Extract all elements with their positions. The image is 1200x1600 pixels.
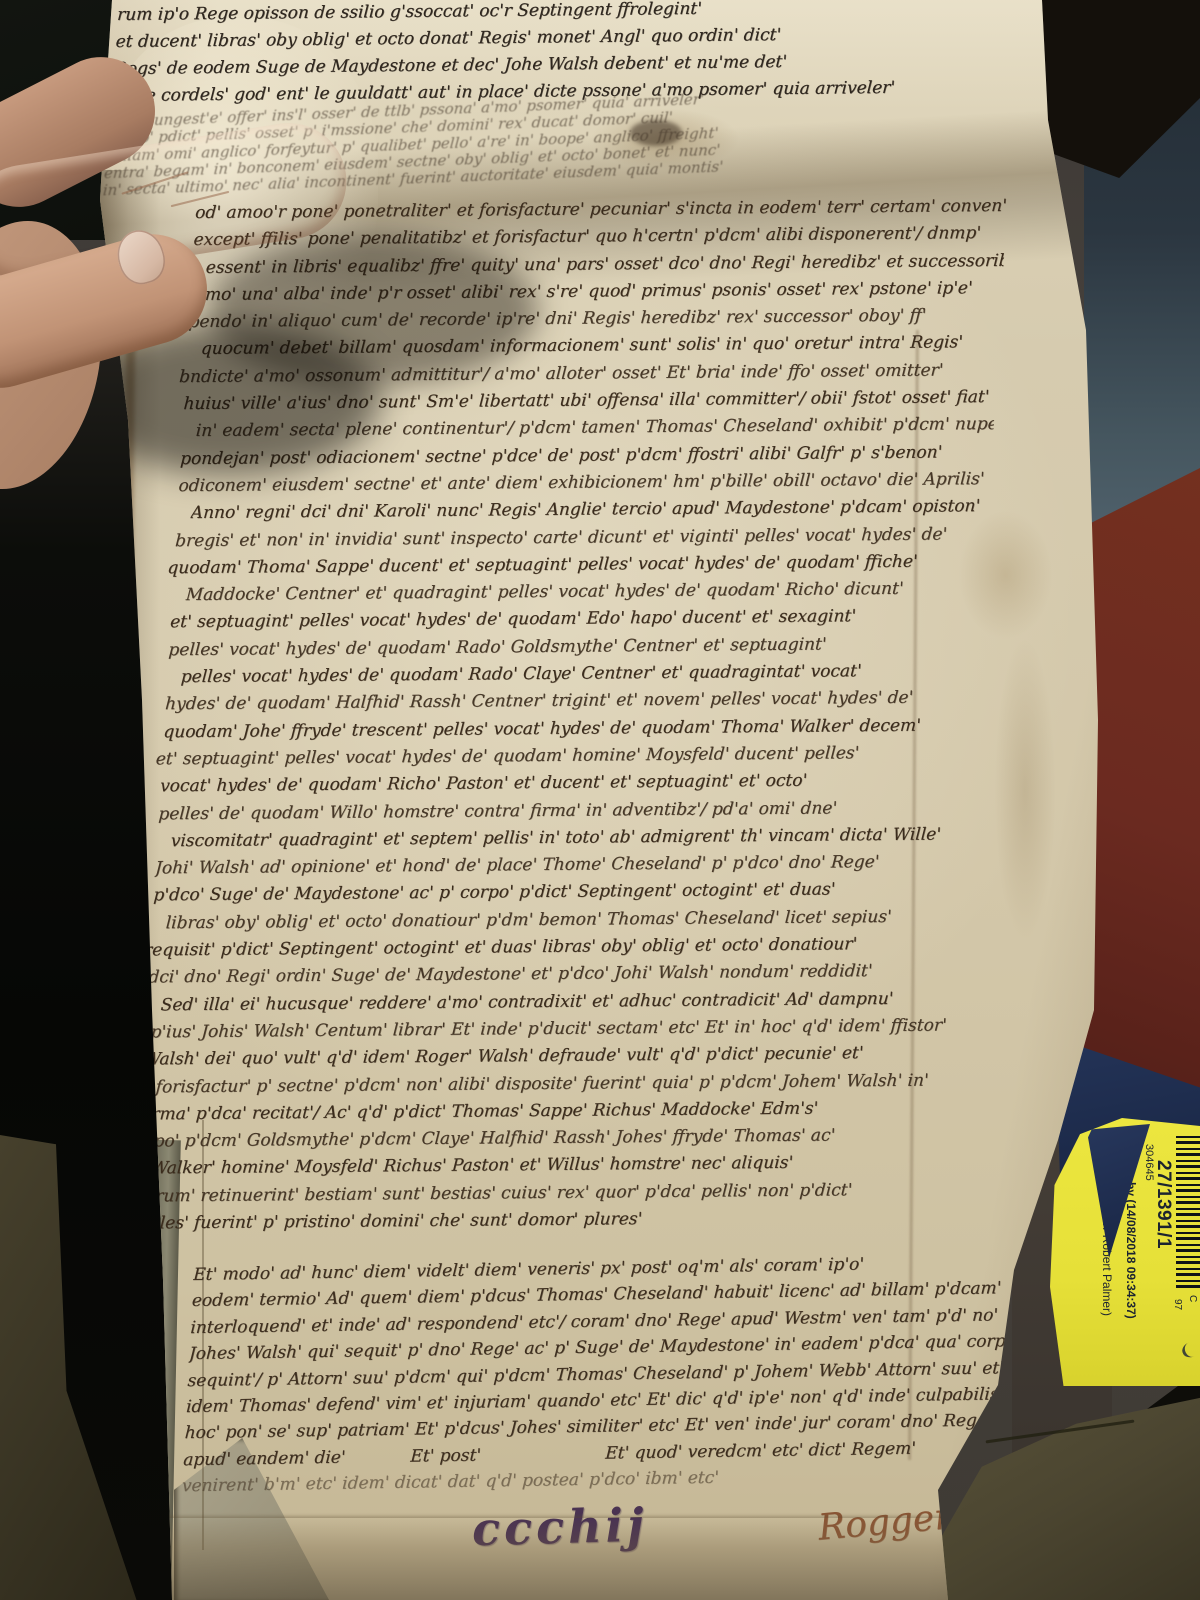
book-maroon [1084,455,1200,1105]
barcode [1176,1136,1200,1290]
sticker-code-letter: C [1187,1295,1198,1302]
sticker-reference: 27/1391/1 [1152,1160,1174,1249]
hand [0,60,370,430]
sticker-serial: 304645 [1143,1144,1155,1181]
photo-stage: 27/1391/1 304645 Return by (14/08/2018 0… [0,0,1200,1600]
sticker-code-number: 97 [1172,1299,1183,1310]
archive-loan-sticker: 27/1391/1 304645 Return by (14/08/2018 0… [1050,1118,1200,1386]
manuscript-closing-lines: Et' modo' ad' hunc' diem' videlt' diem' … [181,1249,1012,1500]
parchment-stain [995,640,1055,940]
